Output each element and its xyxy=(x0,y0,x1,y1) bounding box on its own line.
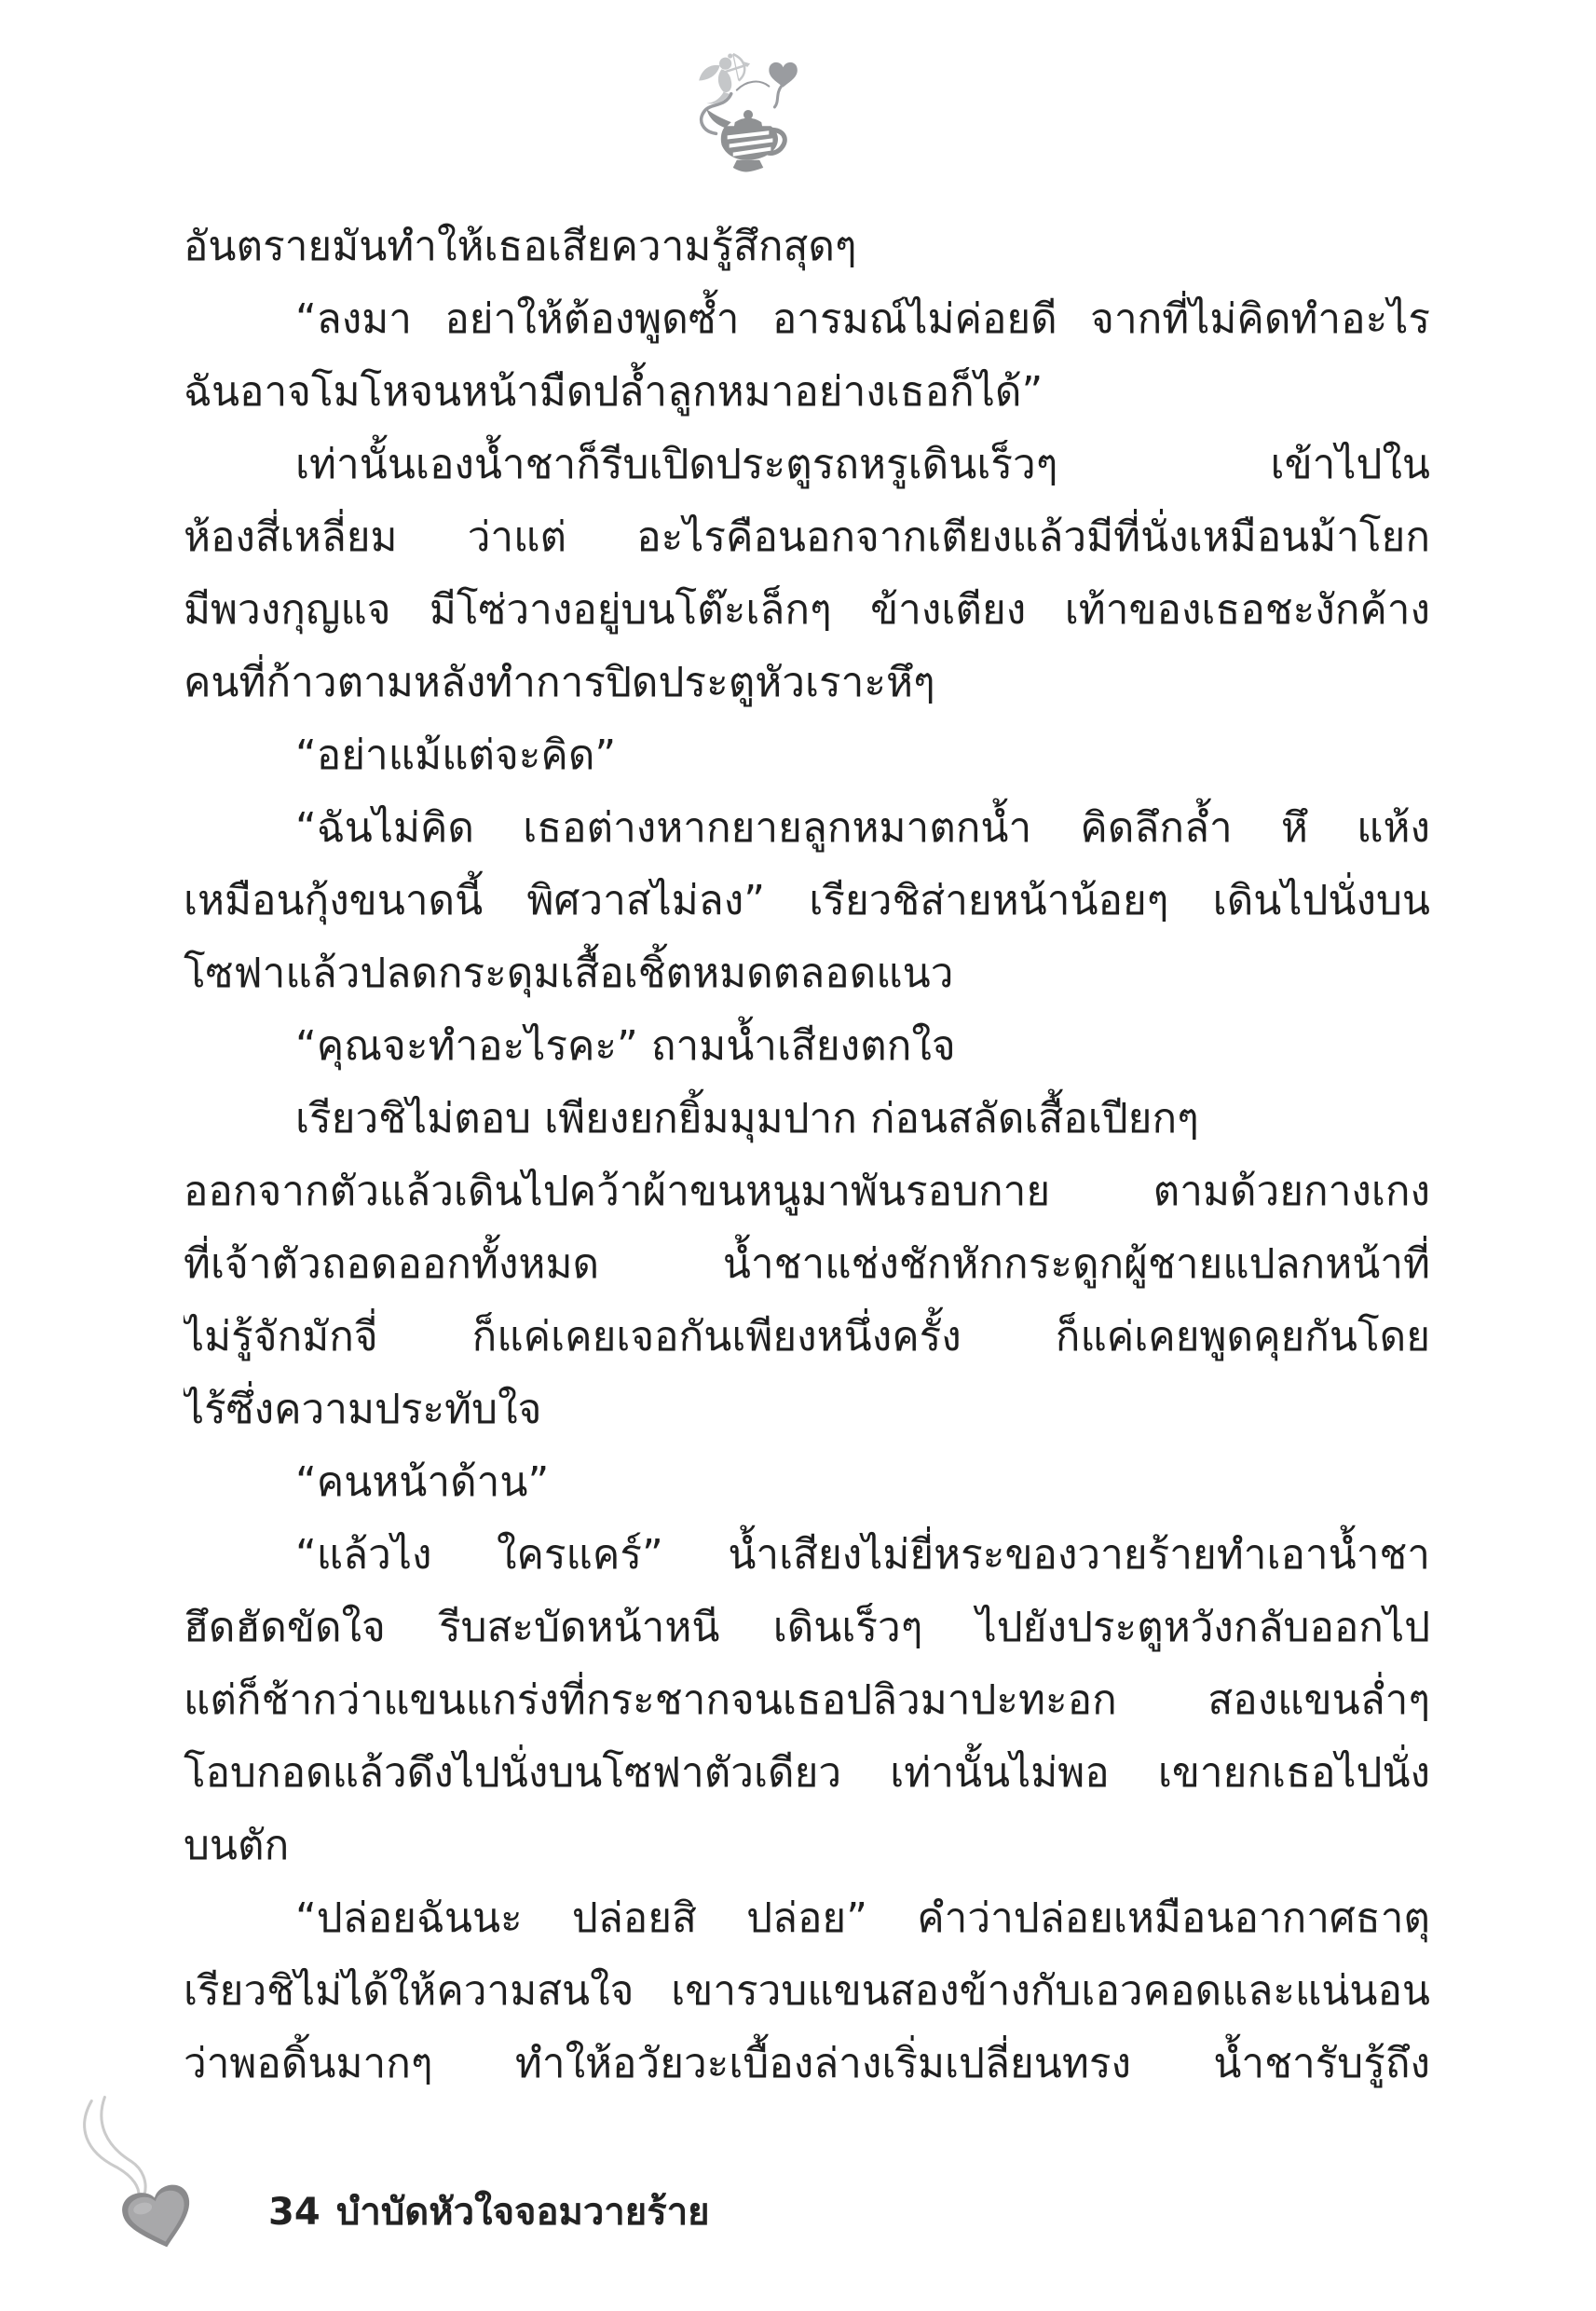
text-chunk: เท้าของเธอชะงักค้าง xyxy=(1065,574,1430,647)
text-line: ไร้ซึ่งความประทับใจ xyxy=(184,1374,1430,1446)
text-chunk: อย่าให้ต้องพูดซ้ำ xyxy=(444,283,739,356)
text-line: บนตัก xyxy=(184,1810,1430,1882)
text-line: แต่ก็ช้ากว่าแขนแกร่งที่กระชากจนเธอปลิวมา… xyxy=(184,1664,1430,1737)
text-chunk: เหมือนกุ้งขนาดนี้ xyxy=(184,865,483,937)
text-line: โอบกอดแล้วดึงไปนั่งบนโซฟาตัวเดียวเท่านั้… xyxy=(184,1737,1430,1810)
text-chunk: ไม่รู้จักมักจี่ xyxy=(184,1301,378,1374)
text-chunk: เท่านั้นเองน้ำชาก็รีบเปิดประตูรถหรูเดินเ… xyxy=(295,429,1057,501)
text-line: เหมือนกุ้งขนาดนี้พิศวาสไม่ลง”เรียวชิส่าย… xyxy=(184,865,1430,937)
text-chunk: เขารวบแขนสองข้างกับเอวคอดและแน่นอน xyxy=(671,1955,1430,2028)
text-chunk: “ฉันไม่คิด xyxy=(295,792,474,865)
text-chunk: ทำให้อวัยวะเบื้องล่างเริ่มเปลี่ยนทรง xyxy=(515,2028,1131,2100)
text-chunk: ว่าพอดิ้นมากๆ xyxy=(184,2028,432,2100)
body-text: อันตรายมันทำให้เธอเสียความรู้สึกสุดๆ“ลงม… xyxy=(184,211,1430,2112)
text-chunk: ตามด้วยกางเกง xyxy=(1153,1155,1430,1228)
text-chunk: ว่าแต่ xyxy=(468,501,566,574)
text-chunk: คำว่าปล่อยเหมือนอากาศธาตุ xyxy=(917,1882,1430,1955)
text-chunk: มีพวงกุญแจ xyxy=(184,574,390,647)
text-line: เรียวชิไม่ตอบ เพียงยกยิ้มมุมปาก ก่อนสลัด… xyxy=(184,1083,1430,1155)
text-chunk: อารมณ์ไม่ค่อยดี xyxy=(772,283,1057,356)
text-line: เรียวชิไม่ได้ให้ความสนใจเขารวบแขนสองข้าง… xyxy=(184,1955,1430,2028)
text-chunk: ก็แค่เคยพูดคุยกันโดย xyxy=(1056,1301,1430,1374)
text-line: ห้องสี่เหลี่ยมว่าแต่อะไรคือนอกจากเตียงแล… xyxy=(184,501,1430,574)
text-chunk: “แล้วไง xyxy=(295,1519,431,1592)
text-chunk: “ปล่อยฉันนะ xyxy=(295,1882,523,1955)
text-chunk: เธอต่างหากยายลูกหมาตกน้ำ xyxy=(523,792,1031,865)
text-chunk: เรียวชิส่ายหน้าน้อยๆ xyxy=(809,865,1168,937)
text-chunk: โอบกอดแล้วดึงไปนั่งบนโซฟาตัวเดียว xyxy=(184,1737,841,1810)
cupid-genie-lamp-svg xyxy=(688,52,809,173)
text-chunk: มีโซ่วางอยู่บนโต๊ะเล็กๆ xyxy=(430,574,832,647)
text-chunk: รีบสะบัดหน้าหนี xyxy=(439,1592,719,1664)
text-chunk: เรียวชิไม่ได้ให้ความสนใจ xyxy=(184,1955,634,2028)
text-line: “อย่าแม้แต่จะคิด” xyxy=(184,719,1430,792)
cupid-genie-lamp-icon xyxy=(688,52,809,173)
page-number: 34 xyxy=(268,2184,321,2240)
text-chunk: เดินไปนั่งบน xyxy=(1213,865,1430,937)
text-chunk: จากที่ไม่คิดทำอะไร xyxy=(1090,283,1430,356)
text-chunk: ไปยังประตูหวังกลับออกไป xyxy=(976,1592,1430,1664)
text-chunk: ห้องสี่เหลี่ยม xyxy=(184,501,398,574)
book-page: อันตรายมันทำให้เธอเสียความรู้สึกสุดๆ“ลงม… xyxy=(0,0,1596,2311)
text-chunk: น้ำชารับรู้ถึง xyxy=(1213,2028,1430,2100)
text-chunk: ที่เจ้าตัวถอดออกทั้งหมด xyxy=(184,1228,599,1301)
text-line: “ลงมาอย่าให้ต้องพูดซ้ำอารมณ์ไม่ค่อยดีจาก… xyxy=(184,283,1430,356)
text-line: คนที่ก้าวตามหลังทำการปิดประตูหัวเราะหึๆ xyxy=(184,647,1430,719)
text-line: ที่เจ้าตัวถอดออกทั้งหมดน้ำชาแช่งชักหักกร… xyxy=(184,1228,1430,1301)
text-line: อันตรายมันทำให้เธอเสียความรู้สึกสุดๆ xyxy=(184,211,1430,283)
text-chunk: อะไรคือนอกจากเตียงแล้วมีที่นั่งเหมือนม้า… xyxy=(636,501,1430,574)
text-chunk: พิศวาสไม่ลง” xyxy=(526,865,765,937)
text-line: ฮึดฮัดขัดใจรีบสะบัดหน้าหนีเดินเร็วๆไปยัง… xyxy=(184,1592,1430,1664)
text-chunk: หึ xyxy=(1281,792,1308,865)
text-line: ออกจากตัวแล้วเดินไปคว้าผ้าขนหนูมาพันรอบก… xyxy=(184,1155,1430,1228)
text-line: “คุณจะทำอะไรคะ” ถามน้ำเสียงตกใจ xyxy=(184,1010,1430,1083)
text-line: “ปล่อยฉันนะปล่อยสิปล่อย”คำว่าปล่อยเหมือน… xyxy=(184,1882,1430,1955)
text-chunk: ข้างเตียง xyxy=(870,574,1026,647)
text-chunk: คิดลึกล้ำ xyxy=(1080,792,1232,865)
text-line: “แล้วไงใครแคร์”น้ำเสียงไม่ยี่หระของวายร้… xyxy=(184,1519,1430,1592)
text-chunk: ออกจากตัวแล้วเดินไปคว้าผ้าขนหนูมาพันรอบก… xyxy=(184,1155,1050,1228)
text-line: “ฉันไม่คิดเธอต่างหากยายลูกหมาตกน้ำคิดลึก… xyxy=(184,792,1430,865)
text-line: มีพวงกุญแจมีโซ่วางอยู่บนโต๊ะเล็กๆข้างเตี… xyxy=(184,574,1430,647)
text-chunk: “ลงมา xyxy=(295,283,412,356)
book-title: บำบัดหัวใจจอมวายร้าย xyxy=(336,2184,710,2240)
text-line: ฉันอาจโมโหจนหน้ามืดปล้ำลูกหมาอย่างเธอก็ไ… xyxy=(184,356,1430,429)
text-line: ว่าพอดิ้นมากๆทำให้อวัยวะเบื้องล่างเริ่มเ… xyxy=(184,2028,1430,2100)
text-chunk: ปล่อยสิ xyxy=(572,1882,697,1955)
text-chunk: แห้ง xyxy=(1357,792,1430,865)
text-chunk: สองแขนล่ำๆ xyxy=(1207,1664,1430,1737)
text-chunk: น้ำชาแช่งชักหักกระดูกผู้ชายแปลกหน้าที่ xyxy=(723,1228,1430,1301)
text-chunk: ก็แค่เคยเจอกันเพียงหนึ่งครั้ง xyxy=(472,1301,962,1374)
text-chunk: เขายกเธอไปนั่ง xyxy=(1158,1737,1430,1810)
heart-pendant-svg xyxy=(71,2093,240,2268)
text-chunk: ใครแคร์” xyxy=(497,1519,663,1592)
text-chunk: เท่านั้นไม่พอ xyxy=(890,1737,1109,1810)
text-chunk: น้ำเสียงไม่ยี่หระของวายร้ายทำเอาน้ำชา xyxy=(728,1519,1430,1592)
text-line: “คนหน้าด้าน” xyxy=(184,1446,1430,1519)
text-line: ไม่รู้จักมักจี่ก็แค่เคยเจอกันเพียงหนึ่งค… xyxy=(184,1301,1430,1374)
text-chunk: เข้าไปใน xyxy=(1271,429,1430,501)
text-line: เท่านั้นเองน้ำชาก็รีบเปิดประตูรถหรูเดินเ… xyxy=(184,429,1430,501)
text-chunk: ปล่อย” xyxy=(746,1882,867,1955)
heart-pendant-icon xyxy=(71,2093,240,2268)
text-chunk: แต่ก็ช้ากว่าแขนแกร่งที่กระชากจนเธอปลิวมา… xyxy=(184,1664,1117,1737)
text-chunk: ฮึดฮัดขัดใจ xyxy=(184,1592,386,1664)
text-line: โซฟาแล้วปลดกระดุมเสื้อเชิ้ตหมดตลอดแนว xyxy=(184,937,1430,1010)
text-chunk: เดินเร็วๆ xyxy=(773,1592,923,1664)
